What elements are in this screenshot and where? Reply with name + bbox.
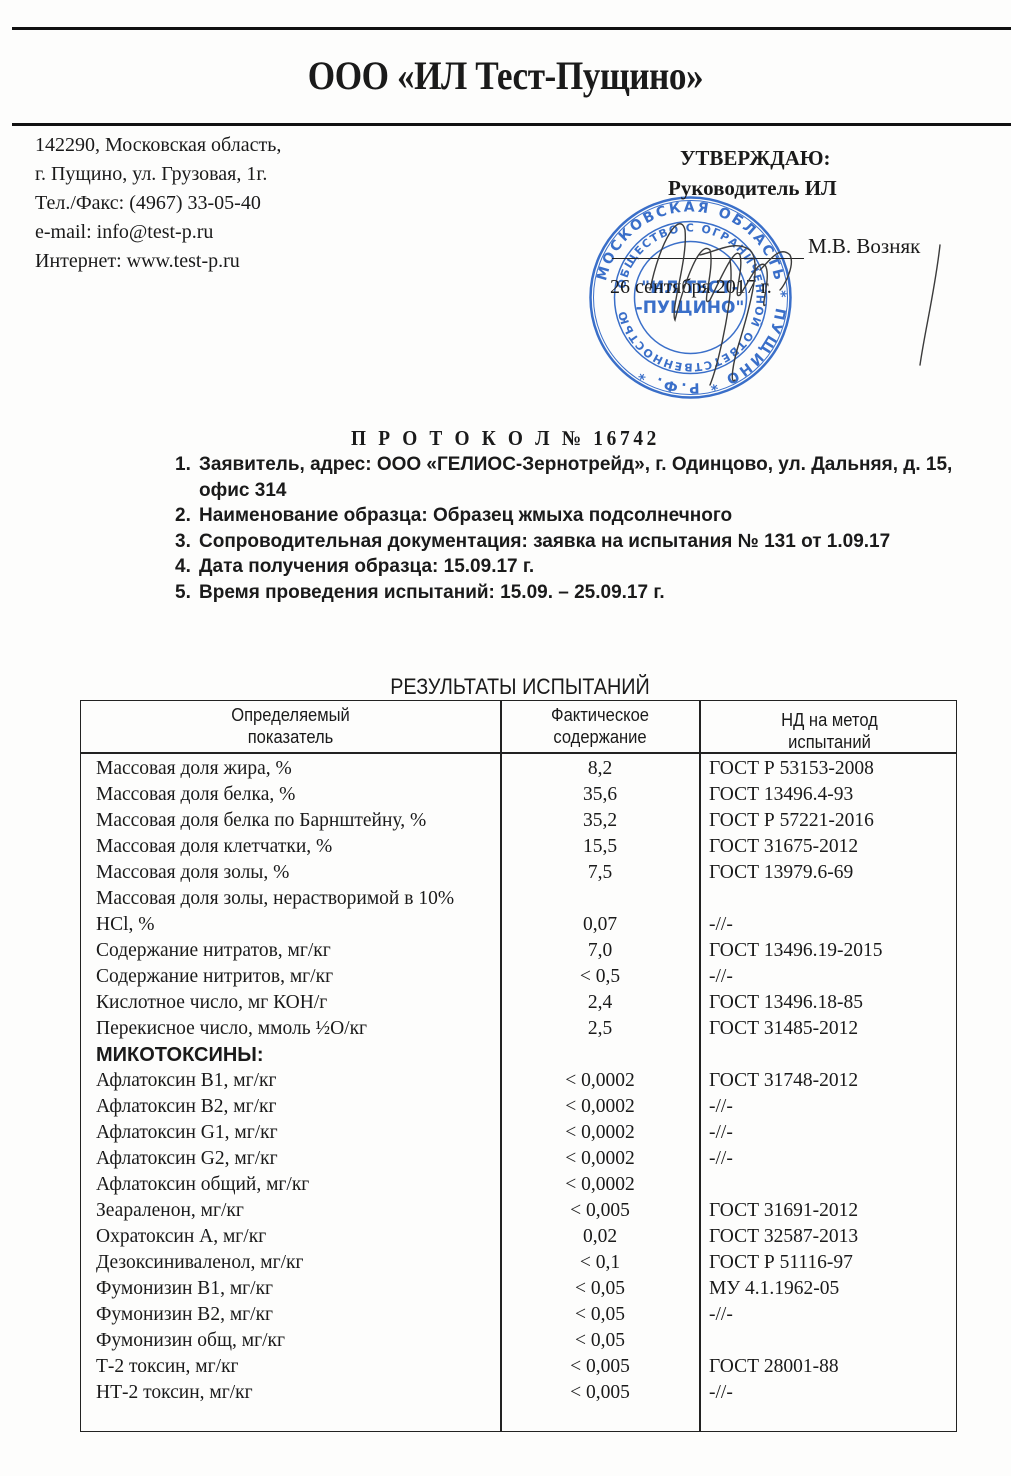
- results-table: Определяемый показатель Фактическое соде…: [80, 700, 957, 1432]
- indicator-cell: Фумонизин общ, мг/кг: [96, 1328, 496, 1354]
- indicator-cell: Фумонизин B1, мг/кг: [96, 1276, 496, 1302]
- value-cell: < 0,005: [501, 1354, 699, 1380]
- table-row: Массовая доля золы, %7,5ГОСТ 13979.6-69: [81, 860, 958, 886]
- value-cell: < 0,05: [501, 1328, 699, 1354]
- table-row: Т-2 токсин, мг/кг< 0,005ГОСТ 28001-88: [81, 1354, 958, 1380]
- method-cell: -//-: [709, 912, 959, 938]
- table-row: Дезоксиниваленол, мг/кг< 0,1ГОСТ Р 51116…: [81, 1250, 958, 1276]
- indicator-cell: Зеараленон, мг/кг: [96, 1198, 496, 1224]
- table-row: Массовая доля белка, %35,6ГОСТ 13496.4-9…: [81, 782, 958, 808]
- indicator-cell: Массовая доля жира, %: [96, 756, 496, 782]
- svg-text:-ПУЩИНО": -ПУЩИНО": [636, 298, 745, 318]
- indicator-cell: Кислотное число, мг КОН/г: [96, 990, 496, 1016]
- method-cell: ГОСТ 13496.4-93: [709, 782, 959, 808]
- column-header-indicator: Определяемый показатель: [98, 704, 483, 748]
- value-cell: 8,2: [501, 756, 699, 782]
- protocol-item-test-period: 5. Время проведения испытаний: 15.09. – …: [175, 580, 1005, 606]
- method-cell: -//-: [709, 1146, 959, 1172]
- email: e-mail: info@test-p.ru: [35, 218, 281, 247]
- value-cell: < 0,05: [501, 1276, 699, 1302]
- value-cell: < 0,5: [501, 964, 699, 990]
- table-row: Афлатоксин B1, мг/кг< 0,0002ГОСТ 31748-2…: [81, 1068, 958, 1094]
- method-cell: ГОСТ 31691-2012: [709, 1198, 959, 1224]
- value-cell: < 0,1: [501, 1250, 699, 1276]
- value-cell: 0,07: [501, 912, 699, 938]
- protocol-item-receipt-date: 4. Дата получения образца: 15.09.17 г.: [175, 554, 1005, 580]
- table-row: Охратоксин А, мг/кг0,02ГОСТ 32587-2013: [81, 1224, 958, 1250]
- value-cell: < 0,0002: [501, 1094, 699, 1120]
- method-cell: ГОСТ Р 53153-2008: [709, 756, 959, 782]
- table-row: Перекисное число, ммоль ½O/кг2,5ГОСТ 314…: [81, 1016, 958, 1042]
- indicator-cell: Массовая доля белка, %: [96, 782, 496, 808]
- table-row: Массовая доля белка по Барнштейну, %35,2…: [81, 808, 958, 834]
- table-row: Фумонизин B1, мг/кг< 0,05МУ 4.1.1962-05: [81, 1276, 958, 1302]
- protocol-items: 1. Заявитель, адрес: ООО «ГЕЛИОС-Зернотр…: [175, 452, 1005, 605]
- value-cell: < 0,0002: [501, 1146, 699, 1172]
- column-header-method: НД на метод испытаний: [711, 709, 947, 753]
- method-cell: -//-: [709, 964, 959, 990]
- indicator-cell: Массовая доля золы, %: [96, 860, 496, 886]
- signature-line: [612, 258, 804, 259]
- method-cell: ГОСТ 31485-2012: [709, 1016, 959, 1042]
- value-cell: < 0,0002: [501, 1172, 699, 1198]
- indicator-cell: Дезоксиниваленол, мг/кг: [96, 1250, 496, 1276]
- indicator-cell: Т-2 токсин, мг/кг: [96, 1354, 496, 1380]
- table-body: Массовая доля жира, %8,2ГОСТ Р 53153-200…: [81, 756, 958, 1406]
- indicator-cell: Афлатоксин G2, мг/кг: [96, 1146, 496, 1172]
- indicator-cell: Содержание нитритов, мг/кг: [96, 964, 496, 990]
- indicator-cell: Перекисное число, ммоль ½O/кг: [96, 1016, 496, 1042]
- method-cell: ГОСТ 13496.18-85: [709, 990, 959, 1016]
- indicator-cell: Массовая доля клетчатки, %: [96, 834, 496, 860]
- method-cell: -//-: [709, 1380, 959, 1406]
- method-cell: -//-: [709, 1094, 959, 1120]
- value-cell: 35,2: [501, 808, 699, 834]
- table-row: Афлатоксин общий, мг/кг< 0,0002: [81, 1172, 958, 1198]
- indicator-cell: Афлатоксин общий, мг/кг: [96, 1172, 496, 1198]
- organization-title: ООО «ИЛ Тест-Пущино»: [61, 52, 951, 99]
- value-cell: 7,5: [501, 860, 699, 886]
- website: Интернет: www.test-p.ru: [35, 247, 281, 276]
- table-row: Содержание нитритов, мг/кг< 0,5-//-: [81, 964, 958, 990]
- indicator-cell: Содержание нитратов, мг/кг: [96, 938, 496, 964]
- method-cell: ГОСТ 31675-2012: [709, 834, 959, 860]
- method-cell: ГОСТ Р 57221-2016: [709, 808, 959, 834]
- signature-icon: [640, 200, 960, 400]
- value-cell: < 0,0002: [501, 1120, 699, 1146]
- address-line: 142290, Московская область,: [35, 131, 281, 160]
- method-cell: -//-: [709, 1302, 959, 1328]
- table-section-header: МИКОТОКСИНЫ:: [81, 1042, 958, 1068]
- header-rule: [12, 123, 1011, 126]
- table-row: Кислотное число, мг КОН/г2,4ГОСТ 13496.1…: [81, 990, 958, 1016]
- table-row: Афлатоксин B2, мг/кг< 0,0002-//-: [81, 1094, 958, 1120]
- protocol-item-applicant: 1. Заявитель, адрес: ООО «ГЕЛИОС-Зернотр…: [175, 452, 1005, 503]
- method-cell: ГОСТ 31748-2012: [709, 1068, 959, 1094]
- value-cell: < 0,05: [501, 1302, 699, 1328]
- table-row: Афлатоксин G1, мг/кг< 0,0002-//-: [81, 1120, 958, 1146]
- value-cell: 7,0: [501, 938, 699, 964]
- method-cell: ГОСТ 13496.19-2015: [709, 938, 959, 964]
- value-cell: 15,5: [501, 834, 699, 860]
- table-row: НТ-2 токсин, мг/кг< 0,005-//-: [81, 1380, 958, 1406]
- phone-fax: Тел./Факс: (4967) 33-05-40: [35, 189, 281, 218]
- method-cell: ГОСТ 13979.6-69: [709, 860, 959, 886]
- value-cell: 2,5: [501, 1016, 699, 1042]
- approver-role: Руководитель ИЛ: [668, 176, 837, 201]
- table-row: Фумонизин B2, мг/кг< 0,05-//-: [81, 1302, 958, 1328]
- protocol-item-documentation: 3. Сопроводительная документация: заявка…: [175, 529, 1005, 555]
- indicator-cell: МИКОТОКСИНЫ:: [96, 1042, 496, 1068]
- value-cell: < 0,0002: [501, 1068, 699, 1094]
- protocol-item-sample-name: 2. Наименование образца: Образец жмыха п…: [175, 503, 1005, 529]
- top-rule: [12, 27, 1011, 30]
- address-block: 142290, Московская область, г. Пущино, у…: [35, 131, 281, 276]
- table-row: Массовая доля жира, %8,2ГОСТ Р 53153-200…: [81, 756, 958, 782]
- table-row: Содержание нитратов, мг/кг7,0ГОСТ 13496.…: [81, 938, 958, 964]
- method-cell: ГОСТ 28001-88: [709, 1354, 959, 1380]
- approver-name: М.В. Возняк: [808, 234, 920, 259]
- indicator-cell: Афлатоксин B1, мг/кг: [96, 1068, 496, 1094]
- value-cell: < 0,005: [501, 1198, 699, 1224]
- approve-heading: УТВЕРЖДАЮ:: [680, 146, 831, 171]
- approval-date: 26 сентября 2017 г.: [610, 276, 772, 299]
- indicator-cell: Охратоксин А, мг/кг: [96, 1224, 496, 1250]
- column-header-value: Фактическое содержание: [509, 704, 691, 748]
- value-cell: 2,4: [501, 990, 699, 1016]
- indicator-cell: Афлатоксин B2, мг/кг: [96, 1094, 496, 1120]
- value-cell: 0,02: [501, 1224, 699, 1250]
- table-row: Фумонизин общ, мг/кг< 0,05: [81, 1328, 958, 1354]
- method-cell: МУ 4.1.1962-05: [709, 1276, 959, 1302]
- table-row: Массовая доля клетчатки, %15,5ГОСТ 31675…: [81, 834, 958, 860]
- indicator-cell: НТ-2 токсин, мг/кг: [96, 1380, 496, 1406]
- table-row: Афлатоксин G2, мг/кг< 0,0002-//-: [81, 1146, 958, 1172]
- indicator-cell: Фумонизин B2, мг/кг: [96, 1302, 496, 1328]
- value-cell: 35,6: [501, 782, 699, 808]
- value-cell: < 0,005: [501, 1380, 699, 1406]
- protocol-title: П Р О Т О К О Л № 16742: [40, 426, 970, 451]
- address-line: г. Пущино, ул. Грузовая, 1г.: [35, 160, 281, 189]
- indicator-cell: Афлатоксин G1, мг/кг: [96, 1120, 496, 1146]
- indicator-cell: Массовая доля белка по Барнштейну, %: [96, 808, 496, 834]
- method-cell: ГОСТ Р 51116-97: [709, 1250, 959, 1276]
- method-cell: -//-: [709, 1120, 959, 1146]
- indicator-cell: Массовая доля золы, нерастворимой в 10% …: [96, 886, 496, 938]
- results-title: РЕЗУЛЬТАТЫ ИСПЫТАНИЙ: [52, 674, 988, 700]
- table-row: Зеараленон, мг/кг< 0,005ГОСТ 31691-2012: [81, 1198, 958, 1224]
- method-cell: ГОСТ 32587-2013: [709, 1224, 959, 1250]
- table-row: Массовая доля золы, нерастворимой в 10% …: [81, 886, 958, 938]
